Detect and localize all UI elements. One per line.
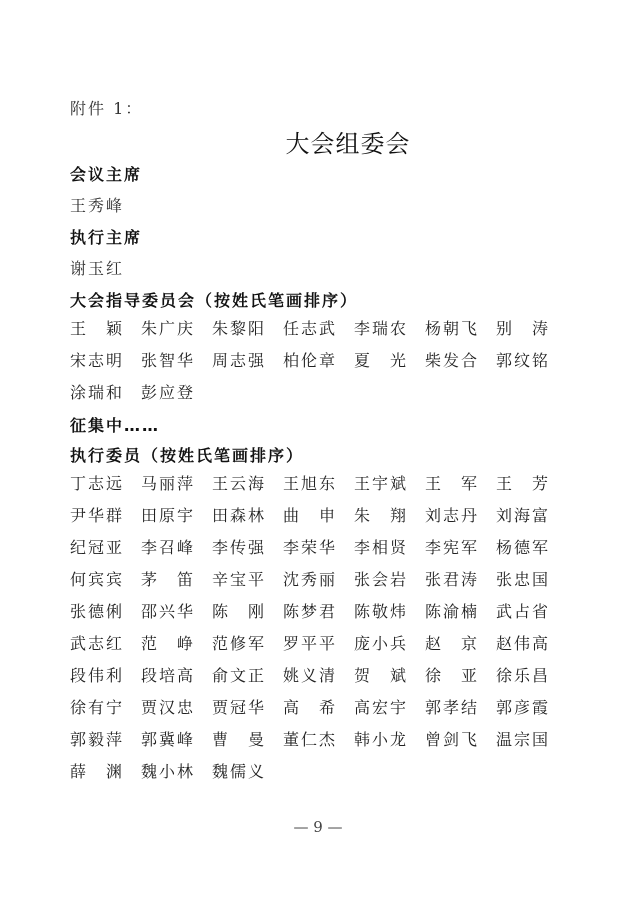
name-entry: 丁志远 <box>70 473 122 505</box>
name-entry: 邵兴华 <box>141 601 193 633</box>
name-entry: 别涛 <box>496 318 548 350</box>
executive-chair-name: 谢玉红 <box>70 256 124 279</box>
page-number: — 9 — <box>0 818 636 836</box>
name-entry: 赵伟高 <box>496 633 548 665</box>
name-entry: 贾汉忠 <box>141 697 193 729</box>
guidance-committee-list: 王颖朱广庆朱黎阳任志武李瑞农杨朝飞别涛宋志明张智华周志强柏伦章夏光柴发合郭纹铭涂… <box>70 318 567 414</box>
name-entry: 马丽萍 <box>141 473 193 505</box>
attachment-label: 附件 1： <box>70 96 143 119</box>
name-entry: 张智华 <box>141 350 193 382</box>
name-entry: 沈秀丽 <box>283 569 335 601</box>
document-page: 附件 1： 大会组委会 会议主席 王秀峰 执行主席 谢玉红 大会指导委员会（按姓… <box>0 0 636 900</box>
name-entry: 张德俐 <box>70 601 122 633</box>
name-entry: 茅笛 <box>141 569 193 601</box>
name-entry: 李传强 <box>212 537 264 569</box>
name-entry: 范修军 <box>212 633 264 665</box>
name-entry: 温宗国 <box>496 729 548 761</box>
name-entry: 宋志明 <box>70 350 122 382</box>
name-entry: 郭冀峰 <box>141 729 193 761</box>
name-entry: 王军 <box>425 473 477 505</box>
name-entry: 彭应登 <box>141 382 193 414</box>
name-entry: 杨朝飞 <box>425 318 477 350</box>
name-entry: 徐亚 <box>425 665 477 697</box>
name-entry: 李相贤 <box>354 537 406 569</box>
name-entry: 杨德军 <box>496 537 548 569</box>
name-entry: 任志武 <box>283 318 335 350</box>
name-entry: 高希 <box>283 697 335 729</box>
name-entry: 何宾宾 <box>70 569 122 601</box>
name-entry: 武占省 <box>496 601 548 633</box>
name-entry: 李瑞农 <box>354 318 406 350</box>
section-heading-executive-chair: 执行主席 <box>70 225 142 248</box>
name-entry: 王颖 <box>70 318 122 350</box>
name-entry: 罗平平 <box>283 633 335 665</box>
name-entry: 王芳 <box>496 473 548 505</box>
name-entry: 曹曼 <box>212 729 264 761</box>
name-entry: 刘志丹 <box>425 505 477 537</box>
name-entry: 朱黎阳 <box>212 318 264 350</box>
name-entry: 李荣华 <box>283 537 335 569</box>
name-entry: 张忠国 <box>496 569 548 601</box>
title-text: 大会组委会 <box>286 124 411 159</box>
section-heading-executive-members: 执行委员（按姓氏笔画排序） <box>70 443 304 466</box>
name-entry: 郭孝结 <box>425 697 477 729</box>
name-entry: 段培高 <box>141 665 193 697</box>
name-entry: 刘海富 <box>496 505 548 537</box>
name-entry: 范峥 <box>141 633 193 665</box>
name-entry: 薛渊 <box>70 761 122 793</box>
name-entry: 俞文正 <box>212 665 264 697</box>
name-entry: 张会岩 <box>354 569 406 601</box>
name-entry: 李召峰 <box>141 537 193 569</box>
name-entry: 徐有宁 <box>70 697 122 729</box>
name-entry: 韩小龙 <box>354 729 406 761</box>
name-entry: 尹华群 <box>70 505 122 537</box>
name-entry: 朱翔 <box>354 505 406 537</box>
name-entry: 李宪军 <box>425 537 477 569</box>
name-entry: 董仁杰 <box>283 729 335 761</box>
name-entry: 赵京 <box>425 633 477 665</box>
name-entry: 陈梦君 <box>283 601 335 633</box>
name-entry: 王旭东 <box>283 473 335 505</box>
name-entry: 周志强 <box>212 350 264 382</box>
name-entry: 柴发合 <box>425 350 477 382</box>
name-entry: 徐乐昌 <box>496 665 548 697</box>
name-entry: 郭毅萍 <box>70 729 122 761</box>
name-entry: 纪冠亚 <box>70 537 122 569</box>
chair-name: 王秀峰 <box>70 193 124 216</box>
name-entry: 庞小兵 <box>354 633 406 665</box>
name-entry: 郭纹铭 <box>496 350 548 382</box>
name-entry: 张君涛 <box>425 569 477 601</box>
name-entry: 陈刚 <box>212 601 264 633</box>
name-entry: 郭彦霞 <box>496 697 548 729</box>
name-entry: 田原宇 <box>141 505 193 537</box>
name-entry: 柏伦章 <box>283 350 335 382</box>
name-entry: 高宏宇 <box>354 697 406 729</box>
name-entry: 陈渝楠 <box>425 601 477 633</box>
name-entry: 辛宝平 <box>212 569 264 601</box>
executive-members-list: 丁志远马丽萍王云海王旭东王宇斌王军王芳尹华群田原宇田森林曲申朱翔刘志丹刘海富纪冠… <box>70 473 567 793</box>
name-entry: 曾剑飞 <box>425 729 477 761</box>
name-entry: 田森林 <box>212 505 264 537</box>
collecting-note: 征集中…… <box>70 413 160 436</box>
name-entry: 夏光 <box>354 350 406 382</box>
name-entry: 魏儒义 <box>212 761 264 793</box>
name-entry: 陈敬炜 <box>354 601 406 633</box>
name-entry: 段伟利 <box>70 665 122 697</box>
section-heading-chair: 会议主席 <box>70 162 142 185</box>
section-heading-guidance-committee: 大会指导委员会（按姓氏笔画排序） <box>70 288 358 311</box>
name-entry: 姚义清 <box>283 665 335 697</box>
name-entry: 王宇斌 <box>354 473 406 505</box>
name-entry: 武志红 <box>70 633 122 665</box>
name-entry: 曲申 <box>283 505 335 537</box>
name-entry: 朱广庆 <box>141 318 193 350</box>
name-entry: 王云海 <box>212 473 264 505</box>
name-entry: 贾冠华 <box>212 697 264 729</box>
document-title: 大会组委会 <box>0 124 636 159</box>
name-entry: 贺斌 <box>354 665 406 697</box>
name-entry: 涂瑞和 <box>70 382 122 414</box>
name-entry: 魏小林 <box>141 761 193 793</box>
